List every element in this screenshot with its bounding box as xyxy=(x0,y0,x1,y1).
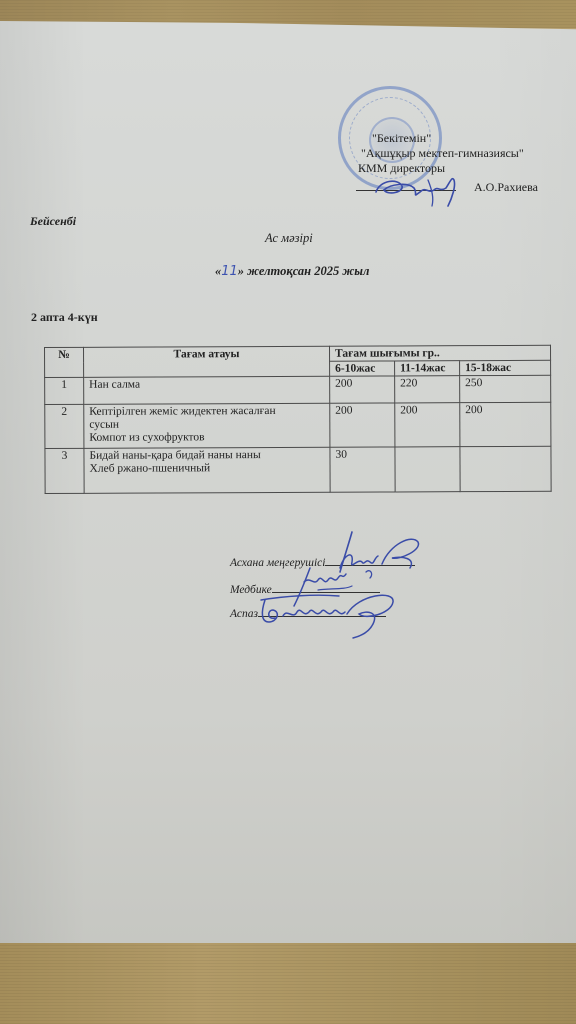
role-label: Аспаз xyxy=(230,608,258,620)
table-row: 1 Нан салма 200 220 250 xyxy=(45,375,551,404)
role-label: Асхана меңгерушісі xyxy=(230,557,325,569)
role-label: Медбике xyxy=(230,584,272,596)
institution-name: "Ақшұқыр мектеп-гимназиясы" xyxy=(361,146,524,160)
header-age-11-14: 11-14жас xyxy=(395,361,460,376)
value-11-14: 220 xyxy=(395,376,460,403)
week-day-label: 2 апта 4-күн xyxy=(31,310,98,325)
table-row: 2 Кептірілген жеміс жидектен жасалған су… xyxy=(45,402,551,448)
value-15-18 xyxy=(460,446,551,491)
document-title: Ас мәзірі xyxy=(265,231,313,246)
value-11-14: 200 xyxy=(395,403,460,447)
signature-line xyxy=(272,591,380,593)
director-signature-line xyxy=(356,190,456,191)
row-number: 3 xyxy=(45,448,84,493)
value-6-10: 200 xyxy=(330,403,395,447)
value-6-10: 30 xyxy=(330,447,395,492)
signature-row-canteen-head: Асхана меңгерушісі xyxy=(230,557,415,569)
row-number: 2 xyxy=(45,404,84,448)
director-position: КММ директоры xyxy=(358,161,445,175)
menu-table: № Тағам атауы Тағам шығымы гр.. 6-10жас … xyxy=(44,345,552,494)
day-of-week: Бейсенбі xyxy=(30,214,76,229)
dish-name: Кептірілген жеміс жидектен жасалған сусы… xyxy=(84,403,330,448)
document-date: «11» желтоқсан 2025 жыл xyxy=(215,264,369,279)
dish-name: Нан салма xyxy=(84,376,330,404)
date-day-handwritten: 11 xyxy=(221,264,238,279)
date-rest: » желтоқсан 2025 жыл xyxy=(238,264,370,278)
signature-row-nurse: Медбике xyxy=(230,584,380,596)
signature-line xyxy=(325,564,415,566)
signature-line xyxy=(258,615,386,617)
row-number: 1 xyxy=(45,377,84,404)
table-row: 3 Бидай наны-қара бидай наны наны Хлеб р… xyxy=(45,446,551,493)
dish-name: Бидай наны-қара бидай наны наны Хлеб ржа… xyxy=(84,447,330,493)
approved-label: "Бекітемін" xyxy=(372,131,431,145)
value-15-18: 200 xyxy=(460,402,551,446)
header-age-15-18: 15-18жас xyxy=(460,360,551,375)
value-11-14 xyxy=(395,447,460,492)
value-15-18: 250 xyxy=(460,375,551,402)
header-output-group: Тағам шығымы гр.. xyxy=(329,345,550,361)
header-age-6-10: 6-10жас xyxy=(330,361,395,376)
signature-row-cook: Аспаз xyxy=(230,608,386,620)
director-name: А.О.Рахиева xyxy=(474,180,538,194)
header-dish-name: Тағам атауы xyxy=(84,346,330,377)
header-number: № xyxy=(45,347,84,377)
value-6-10: 200 xyxy=(330,376,395,403)
wooden-table-surface-bottom xyxy=(0,942,576,1024)
